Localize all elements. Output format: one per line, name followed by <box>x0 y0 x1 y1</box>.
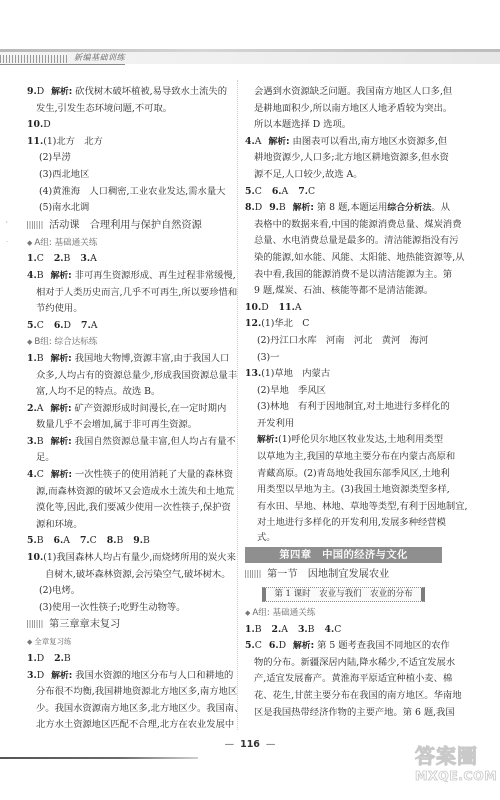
analysis-label: 解析: <box>51 87 72 97</box>
group-heading-review: ◆全章复习练 <box>27 634 234 651</box>
answer-continuation: 式。 <box>245 532 453 544</box>
answer-continuation: 漠化等,因此,我们要减少使用一次性筷子,保护资 <box>27 500 234 517</box>
group-heading-b: ◆B组: 综合达标练 <box>27 334 234 351</box>
answer-continuation: 会遇到水资源缺乏问题。我国南方地区人口多,但 <box>245 84 453 101</box>
answer-continuation: 足。 <box>27 450 234 467</box>
sub-answer: (4)黄淮海 人口稠密,工业农业发达,需水量大 <box>27 184 234 201</box>
answer-line: 13.(1)草地 内蒙古 <box>245 366 453 383</box>
header-stripe-decoration <box>0 55 68 63</box>
sub-answer: (2)旱地 季风区 <box>245 383 453 400</box>
answer-continuation: 用类型以旱地为主。(3)我国土地资源类型多样, <box>245 482 453 499</box>
sub-answer: (3)使用一次性筷子;吃野生动物等。 <box>27 600 234 617</box>
series-title: 新编基础训练 <box>74 52 125 63</box>
analysis-label: 解析: <box>50 404 71 414</box>
answer-line: 10.(1)我国森林人均占有量少,而烧烤所用的炭火来 <box>27 550 234 567</box>
analysis-label: 解析: <box>257 435 278 445</box>
answer-continuation: 青藏高原。(2)青岛地处我国东部季风区,土地利 <box>245 466 453 483</box>
answer-continuation: 耕地资源少,人口多;北方地区耕地资源多,但水资 <box>245 150 453 167</box>
lesson-tag-wrapper: 第 1 课时 农业与我们 农业的分布 <box>245 586 442 602</box>
right-column: 会遇到水资源缺乏问题。我国南方地区人口多,但 是耕地面积少,所以南方地区人地矛盾… <box>245 84 453 721</box>
answer-continuation: 对土地进行多样化的开发利用,发展多种经营模 <box>245 515 453 532</box>
sub-answer: (3)西北地区 <box>27 167 234 184</box>
answer-line: 1.C 2.B 3.A <box>27 251 234 268</box>
stripe-marker-icon <box>27 620 44 628</box>
method-highlight: 综合分析法 <box>387 203 431 213</box>
answer-line: 5.C 6.A 7.C <box>245 184 453 201</box>
answer-continuation: 花、花生,甘蔗主要分布在我国的南方地区。华南地 <box>245 688 453 705</box>
stripe-marker-icon <box>27 221 44 229</box>
section-heading-review: 第三章章末复习 <box>27 616 234 634</box>
section-heading-activity: 活动课 合理利用与保护自然资源 <box>27 217 234 235</box>
answer-continuation: 总量、水电消费总量是最多的。清洁能源指没有污 <box>245 233 453 250</box>
margin-mark: · <box>6 239 8 246</box>
analysis-label: 解析: <box>51 354 72 364</box>
answer-line: 4.B解析: 非可再生资源形成、再生过程非常缓慢, <box>27 268 234 285</box>
answer-continuation: 北方水土资源地区匹配不合理,北方在农业发展中 <box>27 717 234 734</box>
answer-continuation: 发生,引发生态环境问题,不可取。 <box>27 101 234 118</box>
answer-line: 5.C 6.D 7.A <box>27 318 234 335</box>
answer-continuation: 源和环境。 <box>27 517 234 534</box>
watermark-text: 答案圈 <box>415 744 500 768</box>
section-heading-agriculture: 第一节 因地制宜发展农业 <box>245 566 453 584</box>
answer-continuation: 表格中的数据来看,中国的能源消费总量、煤炭消费 <box>245 217 453 234</box>
answer-line: 1.B 2.A 3.B 4.C <box>245 622 453 639</box>
margin-mark: ' <box>6 221 8 228</box>
answer-continuation: 少。我国水资源南方地区多,北方地区少。我国南、 <box>27 701 234 718</box>
answer-line: 8.D9.B解析: 第 8 题,本题运用综合分析法。从 <box>245 200 453 217</box>
sub-answer: (2)旱涝 <box>27 150 234 167</box>
group-heading-a: ◆A组: 基础通关练 <box>27 235 234 252</box>
column-divider <box>237 80 238 730</box>
stripe-marker-icon <box>245 570 262 578</box>
header-underline <box>0 64 125 65</box>
left-column: 9.D解析: 砍伐树木破坏植被,易导致水土流失的 发生,引发生态环境问题,不可取… <box>27 84 234 734</box>
answer-line: 3.B解析: 我国自然资源总量丰富,但人均占有量不 <box>27 434 234 451</box>
answer-continuation: 相对于人类历史而言,几乎不可再生,所以要珍惜和 <box>27 285 234 302</box>
answer-line: 2.A解析: 矿产资源形成时间漫长,在一定时期内 <box>27 401 234 418</box>
sub-answer: (3)林地 有利于因地制宜,对土地进行多样化的 <box>245 399 453 416</box>
analysis-label: 解析: <box>268 137 289 147</box>
answer-line: 3.D解析: 我国水资源的地区分布与人口和耕地的 <box>27 668 234 685</box>
analysis-label: 解析: <box>51 671 72 681</box>
answer-line: 12.(1)华北 C <box>245 316 453 333</box>
answer-continuation: 9 题,煤炭、石油、核能等都不是清洁能源。 <box>245 283 453 300</box>
watermark-url: MXQE.COM <box>415 768 500 784</box>
answer-continuation: 节约使用。 <box>27 301 234 318</box>
answer-continuation: 以草地为主,我国的草地主要分布在内蒙古高原和 <box>245 449 453 466</box>
sub-answer: (2)丹江口水库 河南 河北 黄河 海河 <box>245 333 453 350</box>
answer-continuation: 所以本题选择 D 选项。 <box>245 117 453 134</box>
answer-continuation: 众多,人均占有的资源总量少,形成我国资源总量丰 <box>27 368 234 385</box>
diamond-bullet-icon: ◆ <box>27 239 32 247</box>
diamond-bullet-icon: ◆ <box>245 609 250 617</box>
diamond-bullet-icon: ◆ <box>27 638 32 646</box>
analysis-line: 解析:(1)呼伦贝尔地区牧业发达,土地利用类型 <box>245 432 453 449</box>
answer-continuation: 染的能源,如水能、风能、太阳能、地热能资源等,从 <box>245 250 453 267</box>
analysis-label: 解析: <box>293 203 314 213</box>
watermark-logo: 答案圈 MXQE.COM <box>415 744 500 800</box>
sub-answer: (5)南水北调 <box>27 200 234 217</box>
answer-line: 4.C解析: 一次性筷子的使用消耗了大量的森林资 <box>27 467 234 484</box>
answer-continuation: 自树木,破坏森林资源,会污染空气,破坏树木。 <box>27 567 234 584</box>
answer-line: 5.B 6.A 7.C 8.B 9.B <box>27 533 234 550</box>
answer-continuation: 富,人均不足的特点。故选 B。 <box>27 384 234 401</box>
footer-rule <box>0 757 198 759</box>
answer-continuation: 分布很不均衡,我国耕地资源北方地区多,南方地区 <box>27 684 234 701</box>
answer-continuation: 源不足,人口较少,故选 A。 <box>245 167 453 184</box>
document-page: 新编基础训练 ' · 9.D解析: 砍伐树木破坏植被,易导致水土流失的 发生,引… <box>0 0 500 800</box>
lesson-tag: 第 1 课时 农业与我们 农业的分布 <box>262 587 424 602</box>
answer-line: 10.D 11.A <box>245 300 453 317</box>
analysis-label: 解析: <box>51 470 72 480</box>
answer-line: 9.D解析: 砍伐树木破坏植被,易导致水土流失的 <box>27 84 234 101</box>
analysis-label: 解析: <box>293 641 314 651</box>
answer-continuation: 数量几乎不会增加,属于非可再生资源。 <box>27 417 234 434</box>
answer-continuation: 表中看,我国的能源消费不是以清洁能源为主。第 <box>245 267 453 284</box>
chapter-title-bar: 第四章 中国的经济与文化 <box>245 547 442 563</box>
answer-continuation: 物的分布。新疆深居内陆,降水稀少,不适宜发展水 <box>245 655 453 672</box>
answer-line: 11.(1)北方 北方 <box>27 134 234 151</box>
sub-answer: (2)电烤。 <box>27 583 234 600</box>
answer-continuation: 源,而森林资源的破坏又会造成水土流失和土地荒 <box>27 484 234 501</box>
answer-continuation: 产,适宜发展畜产。黄淮海平原适宜种植小麦、棉 <box>245 671 453 688</box>
diamond-bullet-icon: ◆ <box>27 338 32 346</box>
analysis-label: 解析: <box>51 437 72 447</box>
answer-continuation: 有水田、旱地、林地、草地等类型,有利于因地制宜, <box>245 499 453 516</box>
answer-continuation: 是耕地面积少,所以南方地区人地矛盾较为突出。 <box>245 101 453 118</box>
answer-line: 1.B解析: 我国地大物博,资源丰富,由于我国人口 <box>27 351 234 368</box>
sub-answer: (3)一 <box>245 350 453 367</box>
sub-answer: 开发利用 <box>245 416 453 433</box>
analysis-label: 解析: <box>51 271 72 281</box>
answer-line: 5.C6.D解析: 第 5 题考查我国不同地区的农作 <box>245 638 453 655</box>
group-heading-a: ◆A组: 基础通关练 <box>245 605 453 622</box>
answer-line: 4.A解析: 由图表可以看出,南方地区水资源多,但 <box>245 134 453 151</box>
answer-continuation: 区是我国热带经济作物的主要产地。第 6 题,我国 <box>245 705 453 722</box>
answer-line: 10.D <box>27 117 234 134</box>
answer-line: 1.D 2.B <box>27 651 234 668</box>
